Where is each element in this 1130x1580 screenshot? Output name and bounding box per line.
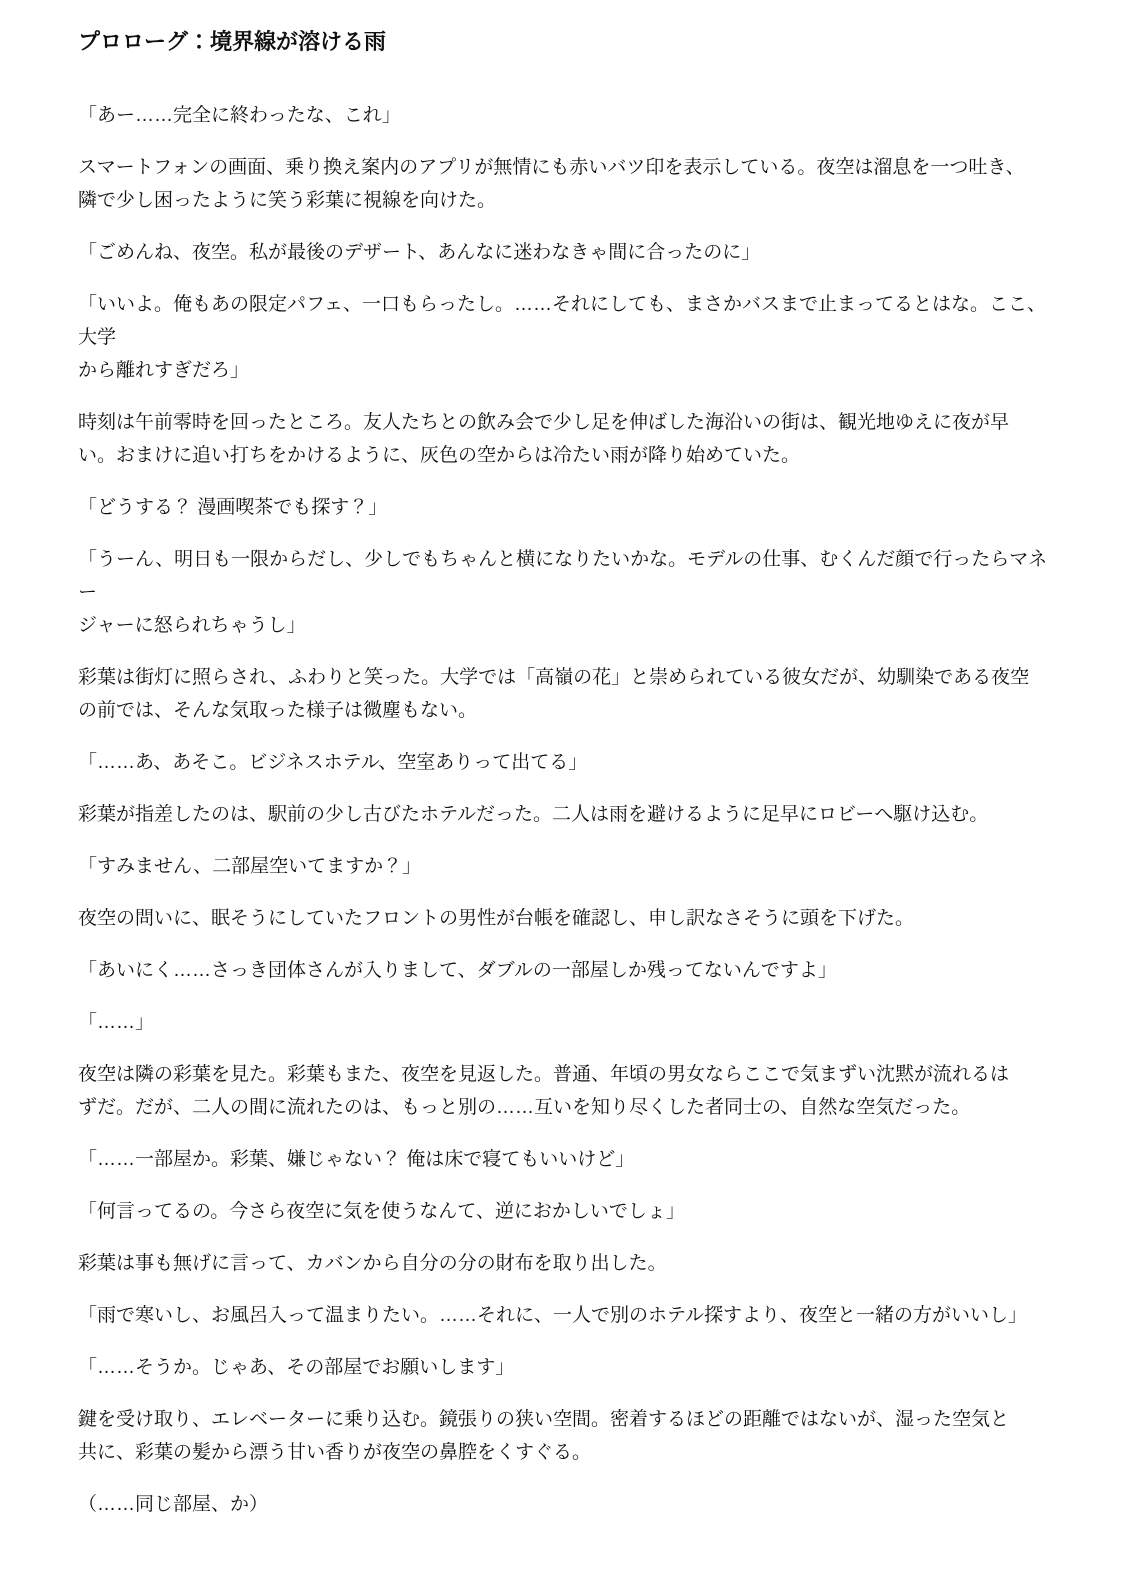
narration-paragraph: 彩葉が指差したのは、駅前の少し古びたホテルだった。二人は雨を避けるように足早にロ… <box>78 798 1050 831</box>
dialogue-paragraph: 「雨で寒いし、お風呂入って温まりたい。……それに、一人で別のホテル探すより、夜空… <box>78 1299 1050 1332</box>
dialogue-paragraph: 「……そうか。じゃあ、その部屋でお願いします」 <box>78 1351 1050 1384</box>
text-line: から離れすぎだろ」 <box>78 354 1050 387</box>
text-line: 時刻は午前零時を回ったところ。友人たちとの飲み会で少し足を伸ばした海沿いの街は、… <box>78 406 1050 439</box>
text-line: 「何言ってるの。今さら夜空に気を使うなんて、逆におかしいでしょ」 <box>78 1195 1050 1228</box>
text-line: 鍵を受け取り、エレベーターに乗り込む。鏡張りの狭い空間。密着するほどの距離ではな… <box>78 1403 1050 1436</box>
text-line: ずだ。だが、二人の間に流れたのは、もっと別の……互いを知り尽くした者同士の、自然… <box>78 1091 1050 1124</box>
narration-paragraph: 鍵を受け取り、エレベーターに乗り込む。鏡張りの狭い空間。密着するほどの距離ではな… <box>78 1403 1050 1469</box>
text-line: 「雨で寒いし、お風呂入って温まりたい。……それに、一人で別のホテル探すより、夜空… <box>78 1299 1050 1332</box>
document-page: プロローグ：境界線が溶ける雨 「あー……完全に終わったな、これ」スマートフォンの… <box>0 0 1130 1580</box>
text-line: 「すみません、二部屋空いてますか？」 <box>78 850 1050 883</box>
narration-paragraph: 彩葉は街灯に照らされ、ふわりと笑った。大学では「高嶺の花」と崇められている彼女だ… <box>78 661 1050 727</box>
text-line: （……同じ部屋、か） <box>78 1488 1050 1521</box>
text-line: の前では、そんな気取った様子は微塵もない。 <box>78 694 1050 727</box>
paragraph-list: 「あー……完全に終わったな、これ」スマートフォンの画面、乗り換え案内のアプリが無… <box>78 99 1050 1521</box>
text-line: 彩葉は街灯に照らされ、ふわりと笑った。大学では「高嶺の花」と崇められている彼女だ… <box>78 661 1050 694</box>
narration-paragraph: 夜空は隣の彩葉を見た。彩葉もまた、夜空を見返した。普通、年頃の男女ならここで気ま… <box>78 1058 1050 1124</box>
dialogue-paragraph: 「ごめんね、夜空。私が最後のデザート、あんなに迷わなきゃ間に合ったのに」 <box>78 236 1050 269</box>
text-line: い。おまけに追い打ちをかけるように、灰色の空からは冷たい雨が降り始めていた。 <box>78 439 1050 472</box>
page-title: プロローグ：境界線が溶ける雨 <box>78 27 1050 57</box>
text-line: 「ごめんね、夜空。私が最後のデザート、あんなに迷わなきゃ間に合ったのに」 <box>78 236 1050 269</box>
text-line: 「……一部屋か。彩葉、嫌じゃない？ 俺は床で寝てもいいけど」 <box>78 1143 1050 1176</box>
dialogue-paragraph: 「どうする？ 漫画喫茶でも探す？」 <box>78 491 1050 524</box>
dialogue-paragraph: 「……一部屋か。彩葉、嫌じゃない？ 俺は床で寝てもいいけど」 <box>78 1143 1050 1176</box>
dialogue-paragraph: 「あいにく……さっき団体さんが入りまして、ダブルの一部屋しか残ってないんですよ」 <box>78 954 1050 987</box>
narration-paragraph: 彩葉は事も無げに言って、カバンから自分の分の財布を取り出した。 <box>78 1247 1050 1280</box>
text-line: 「……」 <box>78 1006 1050 1039</box>
text-line: 彩葉が指差したのは、駅前の少し古びたホテルだった。二人は雨を避けるように足早にロ… <box>78 798 1050 831</box>
text-line: 共に、彩葉の髪から漂う甘い香りが夜空の鼻腔をくすぐる。 <box>78 1436 1050 1469</box>
text-line: 「あー……完全に終わったな、これ」 <box>78 99 1050 132</box>
dialogue-paragraph: 「すみません、二部屋空いてますか？」 <box>78 850 1050 883</box>
text-line: 「あいにく……さっき団体さんが入りまして、ダブルの一部屋しか残ってないんですよ」 <box>78 954 1050 987</box>
text-line: スマートフォンの画面、乗り換え案内のアプリが無情にも赤いバツ印を表示している。夜… <box>78 151 1050 184</box>
dialogue-paragraph: 「いいよ。俺もあの限定パフェ、一口もらったし。……それにしても、まさかバスまで止… <box>78 288 1050 387</box>
text-line: ジャーに怒られちゃうし」 <box>78 609 1050 642</box>
narration-paragraph: スマートフォンの画面、乗り換え案内のアプリが無情にも赤いバツ印を表示している。夜… <box>78 151 1050 217</box>
dialogue-paragraph: 「あー……完全に終わったな、これ」 <box>78 99 1050 132</box>
text-line: 「いいよ。俺もあの限定パフェ、一口もらったし。……それにしても、まさかバスまで止… <box>78 288 1050 354</box>
dialogue-paragraph: 「うーん、明日も一限からだし、少しでもちゃんと横になりたいかな。モデルの仕事、む… <box>78 543 1050 642</box>
text-line: 夜空は隣の彩葉を見た。彩葉もまた、夜空を見返した。普通、年頃の男女ならここで気ま… <box>78 1058 1050 1091</box>
narration-paragraph: 時刻は午前零時を回ったところ。友人たちとの飲み会で少し足を伸ばした海沿いの街は、… <box>78 406 1050 472</box>
dialogue-paragraph: 「……あ、あそこ。ビジネスホテル、空室ありって出てる」 <box>78 746 1050 779</box>
dialogue-paragraph: 「何言ってるの。今さら夜空に気を使うなんて、逆におかしいでしょ」 <box>78 1195 1050 1228</box>
text-line: 「……あ、あそこ。ビジネスホテル、空室ありって出てる」 <box>78 746 1050 779</box>
inner-monologue-paragraph: （……同じ部屋、か） <box>78 1488 1050 1521</box>
narration-paragraph: 夜空の問いに、眠そうにしていたフロントの男性が台帳を確認し、申し訳なさそうに頭を… <box>78 902 1050 935</box>
text-line: 「……そうか。じゃあ、その部屋でお願いします」 <box>78 1351 1050 1384</box>
text-line: 夜空の問いに、眠そうにしていたフロントの男性が台帳を確認し、申し訳なさそうに頭を… <box>78 902 1050 935</box>
text-line: 隣で少し困ったように笑う彩葉に視線を向けた。 <box>78 184 1050 217</box>
dialogue-paragraph: 「……」 <box>78 1006 1050 1039</box>
text-line: 彩葉は事も無げに言って、カバンから自分の分の財布を取り出した。 <box>78 1247 1050 1280</box>
text-line: 「うーん、明日も一限からだし、少しでもちゃんと横になりたいかな。モデルの仕事、む… <box>78 543 1050 609</box>
text-line: 「どうする？ 漫画喫茶でも探す？」 <box>78 491 1050 524</box>
